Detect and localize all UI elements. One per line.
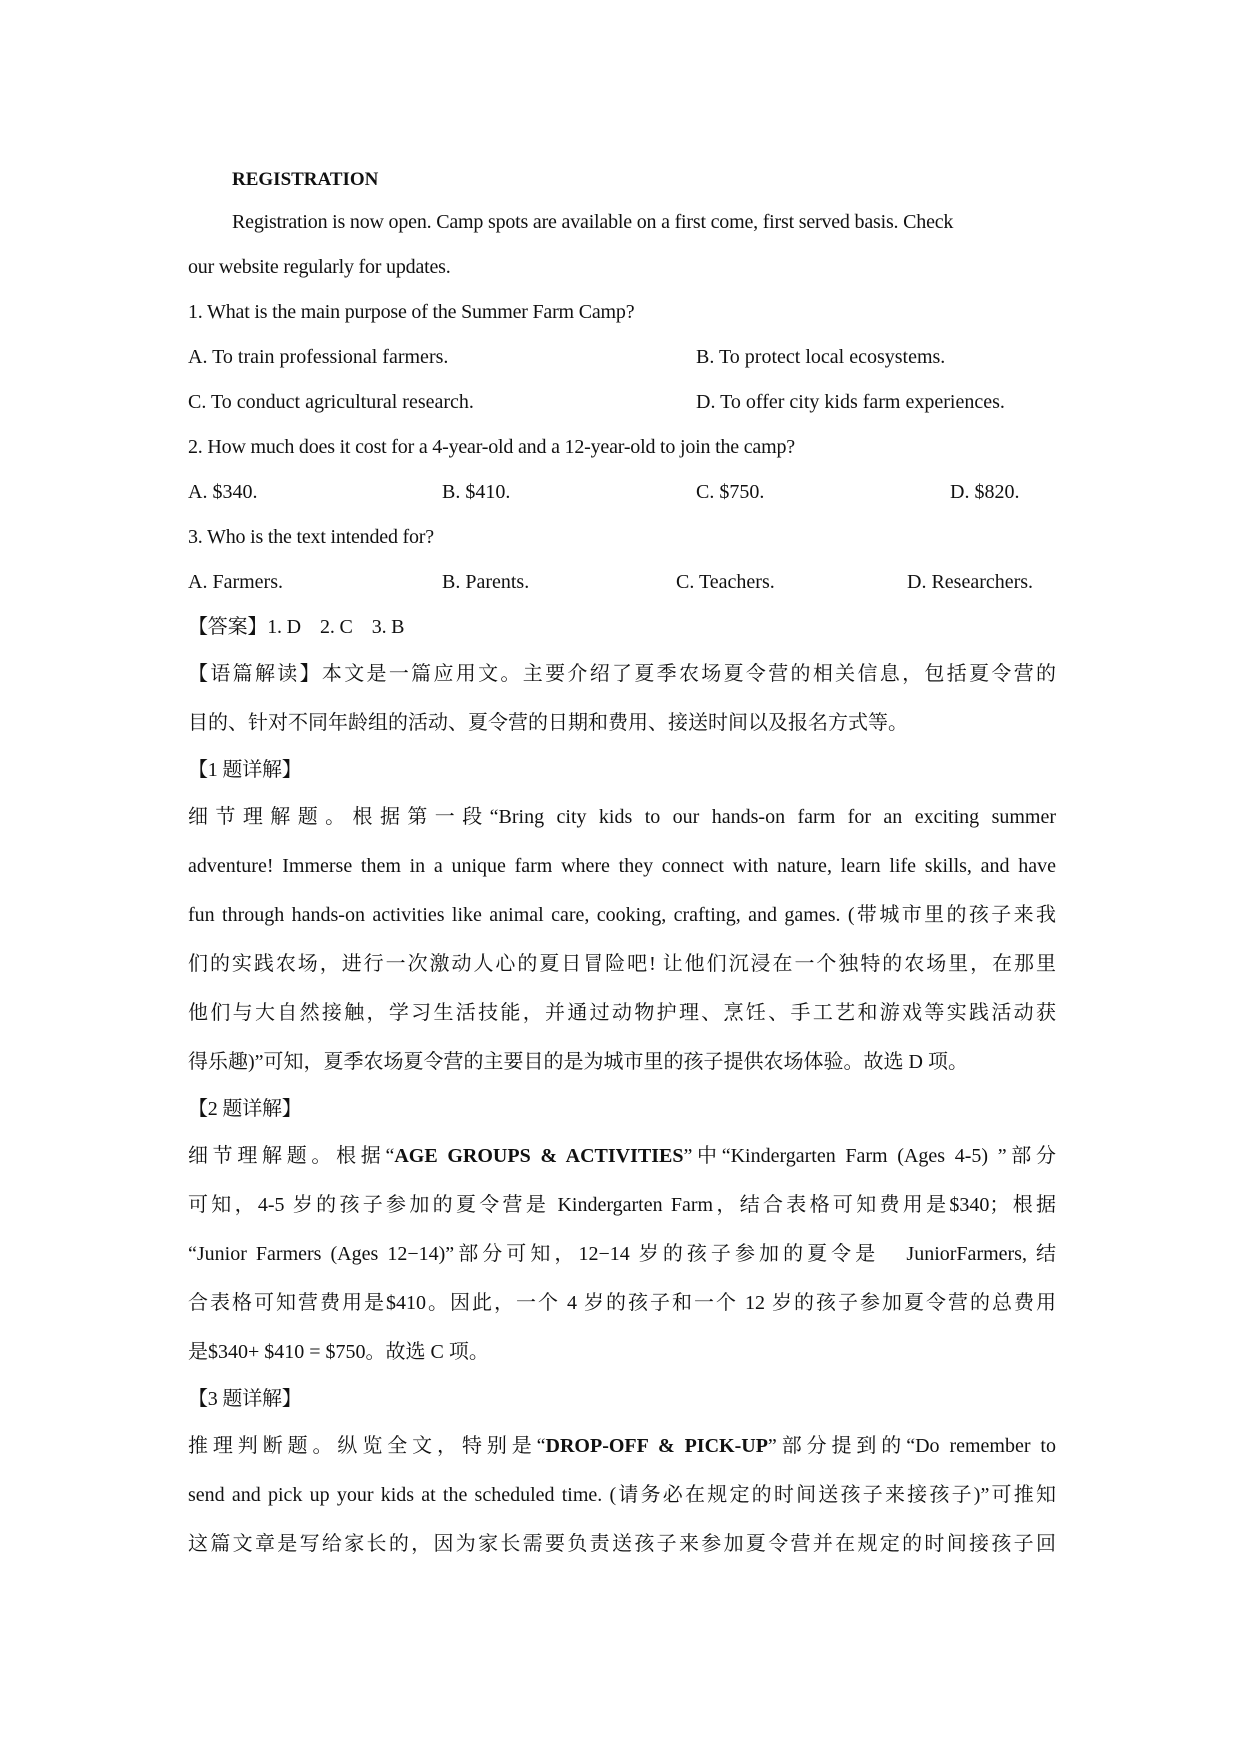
question-options-3: A. Farmers. B. Parents. C. Teachers. D. … <box>188 560 1056 605</box>
reading-text: 本文是一篇应用文。主要介绍了夏季农场夏令营的相关信息，包括夏令营的 <box>322 663 1056 685</box>
option-d: D. To offer city kids farm experiences. <box>696 380 1005 425</box>
option-c: C. Teachers. <box>676 560 907 605</box>
option-d: D. $820. <box>950 470 1019 515</box>
section-heading-registration: REGISTRATION <box>188 160 1056 200</box>
question-stem-1: 1. What is the main purpose of the Summe… <box>188 290 1056 335</box>
explanation-text: 细节理解题。根据“ <box>188 1145 394 1167</box>
option-c: C. To conduct agricultural research. <box>188 380 696 425</box>
registration-body-line: our website regularly for updates. <box>188 245 1056 290</box>
reading-line: 目的、针对不同年龄组的活动、夏令营的日期和费用、接送时间以及报名方式等。 <box>188 699 1056 748</box>
option-c: C. $750. <box>696 470 950 515</box>
explanation-label-1: 【1 题详解】 <box>188 748 1056 793</box>
explanation-line: 细节理解题。根据第一段“Bring city kids to our hands… <box>188 793 1056 842</box>
explanation-line: 这篇文章是写给家长的，因为家长需要负责送孩子来参加夏令营并在规定的时间接孩子回 <box>188 1520 1056 1569</box>
explanation-line: 他们与大自然接触，学习生活技能，并通过动物护理、烹饪、手工艺和游戏等实践活动获 <box>188 989 1056 1038</box>
explanation-label-3: 【3 题详解】 <box>188 1377 1056 1422</box>
section-reference: AGE GROUPS & ACTIVITIES <box>394 1145 683 1167</box>
explanation-line: “Junior Farmers (Ages 12−14)”部分可知，12−14 … <box>188 1230 1056 1279</box>
question-options-1: C. To conduct agricultural research. D. … <box>188 380 1056 425</box>
answer-value: 1. D 2. C 3. B <box>267 616 404 638</box>
explanation-text: ”中“Kindergarten Farm (Ages 4-5) ”部分 <box>683 1145 1056 1167</box>
explanation-line: 细节理解题。根据“AGE GROUPS & ACTIVITIES”中“Kinde… <box>188 1132 1056 1181</box>
question-options-1: A. To train professional farmers. B. To … <box>188 335 1056 380</box>
registration-body-line: Registration is now open. Camp spots are… <box>188 200 1056 245</box>
explanation-line: 是$340+ $410 = $750。故选 C 项。 <box>188 1328 1056 1377</box>
explanation-line: send and pick up your kids at the schedu… <box>188 1471 1056 1520</box>
option-d: D. Researchers. <box>907 560 1033 605</box>
explanation-line: 得乐趣)”可知，夏季农场夏令营的主要目的是为城市里的孩子提供农场体验。故选 D … <box>188 1038 1056 1087</box>
explanation-text: 推理判断题。纵览全文，特别是“ <box>188 1435 546 1457</box>
option-a: A. $340. <box>188 470 442 515</box>
reading-label: 【语篇解读】 <box>188 663 322 685</box>
explanation-line: 合表格可知营费用是$410。因此，一个 4 岁的孩子和一个 12 岁的孩子参加夏… <box>188 1279 1056 1328</box>
option-a: A. To train professional farmers. <box>188 335 696 380</box>
option-b: B. To protect local ecosystems. <box>696 335 945 380</box>
explanation-line: adventure! Immerse them in a unique farm… <box>188 842 1056 891</box>
question-stem-2: 2. How much does it cost for a 4-year-ol… <box>188 425 1056 470</box>
explanation-line: fun through hands-on activities like ani… <box>188 891 1056 940</box>
option-a: A. Farmers. <box>188 560 442 605</box>
reading-line: 【语篇解读】本文是一篇应用文。主要介绍了夏季农场夏令营的相关信息，包括夏令营的 <box>188 650 1056 699</box>
question-stem-3: 3. Who is the text intended for? <box>188 515 1056 560</box>
answer-line: 【答案】1. D 2. C 3. B <box>188 605 1056 650</box>
explanation-text: ”部分提到的“Do remember to <box>768 1435 1056 1457</box>
explanation-line: 推理判断题。纵览全文，特别是“DROP-OFF & PICK-UP”部分提到的“… <box>188 1422 1056 1471</box>
explanation-label-2: 【2 题详解】 <box>188 1087 1056 1132</box>
question-options-2: A. $340. B. $410. C. $750. D. $820. <box>188 470 1056 515</box>
option-b: B. Parents. <box>442 560 676 605</box>
explanation-line: 们的实践农场，进行一次激动人心的夏日冒险吧! 让他们沉浸在一个独特的农场里，在那… <box>188 940 1056 989</box>
answer-label: 【答案】 <box>188 616 267 638</box>
option-b: B. $410. <box>442 470 696 515</box>
document-page: REGISTRATION Registration is now open. C… <box>188 160 1056 1569</box>
section-reference: DROP-OFF & PICK-UP <box>546 1435 768 1457</box>
explanation-line: 可知，4-5 岁的孩子参加的夏令营是 Kindergarten Farm，结合表… <box>188 1181 1056 1230</box>
